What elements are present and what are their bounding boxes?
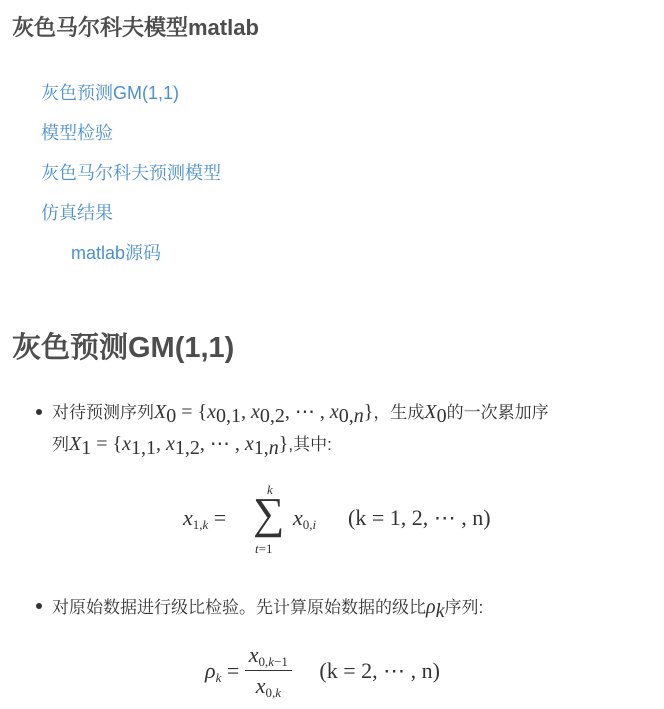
bullet-paragraph-2: 对原始数据进行级比检验。先计算原始数据的级比ρk序列: (52, 593, 483, 619)
bullet-dot (36, 603, 42, 609)
toc-link-simulation[interactable]: 仿真结果 (41, 199, 113, 225)
section-heading: 灰色预测GM(1,1) (12, 325, 234, 366)
bullet-paragraph-1: 对待预测序列X0 = {x0,1, x0,2, ⋯ , x0,n}，生成X0的一… (52, 398, 549, 424)
page-title: 灰色马尔科夫模型matlab (12, 11, 259, 42)
toc-link-grey-markov[interactable]: 灰色马尔科夫预测模型 (41, 159, 221, 185)
bullet-paragraph-1-line2: 列X1 = {x1,1, x1,2, ⋯ , x1,n},其中: (52, 430, 332, 456)
toc-link-gm11[interactable]: 灰色预测GM(1,1) (41, 79, 179, 105)
toc-link-model-check[interactable]: 模型检验 (41, 119, 113, 145)
equation-ratio: ρk = x0,k−1x0,k (k = 2, ⋯ , n) (205, 642, 440, 699)
bullet-dot (36, 409, 42, 415)
toc-link-matlab-source[interactable]: matlab源码 (71, 239, 161, 265)
